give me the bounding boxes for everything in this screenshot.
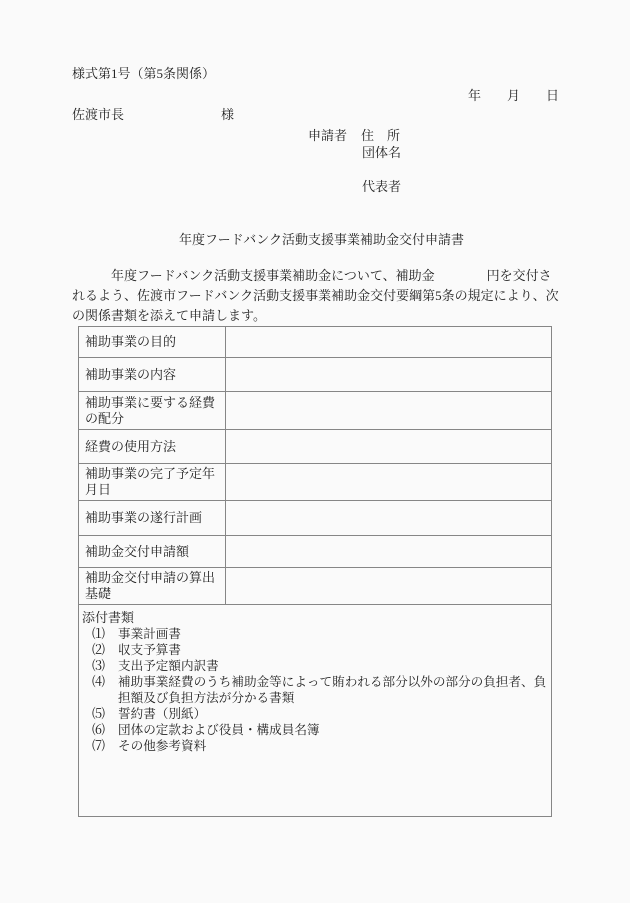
table-row: 補助事業の完了予定年月日 [79, 464, 552, 501]
row-label-requested-amount: 補助金交付申請額 [79, 536, 226, 568]
attachment-item-text: 誓約書（別紙） [118, 706, 547, 722]
attachment-item-number: ⑶ [92, 658, 118, 674]
table-row: 補助事業に要する経費の配分 [79, 392, 552, 430]
body-paragraph: 年度フードバンク活動支援事業補助金について、補助金 円を交付さ れるよう、佐渡市… [72, 266, 572, 326]
row-label-purpose: 補助事業の目的 [79, 327, 226, 358]
row-value-execution-plan [226, 501, 552, 536]
row-label-completion-date: 補助事業の完了予定年月日 [79, 464, 226, 501]
table-row: 補助金交付申請額 [79, 536, 552, 568]
attachment-item: ⑹ 団体の定款および役員・構成員名簿 [82, 722, 547, 738]
table-row: 補助事業の内容 [79, 358, 552, 392]
attachment-item-text: 支出予定額内訳書 [118, 658, 547, 674]
attachment-item: ⑺ その他参考資料 [82, 738, 547, 754]
addressee-name: 佐渡市長 [72, 107, 124, 122]
attachment-item: ⑵ 収支予算書 [82, 642, 547, 658]
attachments-header: 添付書類 [82, 610, 547, 626]
applicant-label-gap [347, 139, 361, 140]
attachment-item-number: ⑺ [92, 738, 118, 754]
attachments-cell: 添付書類 ⑴ 事業計画書 ⑵ 収支予算書 ⑶ 支出予定額内訳書 ⑷ 補助事業経費… [79, 605, 552, 817]
row-label-execution-plan: 補助事業の遂行計画 [79, 501, 226, 536]
document-title: 年度フードバンク活動支援事業補助金交付申請書 [0, 229, 630, 248]
applicant-rep-label: 代表者 [362, 176, 401, 195]
attachment-item-number: ⑹ [92, 722, 118, 738]
attachment-item-text: 収支予算書 [118, 642, 547, 658]
row-label-calculation-basis: 補助金交付申請の算出基礎 [79, 568, 226, 605]
row-label-expense-usage: 経費の使用方法 [79, 430, 226, 464]
applicant-address-label: 住 所 [361, 128, 400, 143]
body-line: れるよう、佐渡市フードバンク活動支援事業補助金交付要綱第5条の規定により、次 [72, 286, 572, 306]
attachment-item-number: ⑷ [92, 674, 118, 690]
row-label-content: 補助事業の内容 [79, 358, 226, 392]
row-value-content [226, 358, 552, 392]
applicant-org-label: 団体名 [362, 142, 401, 161]
application-table: 補助事業の目的 補助事業の内容 補助事業に要する経費の配分 経費の使用方法 補助… [78, 326, 552, 817]
attachment-item-text: 補助事業経費のうち補助金等によって賄われる部分以外の部分の負担者、負担額及び負担… [118, 674, 547, 706]
attachments-row: 添付書類 ⑴ 事業計画書 ⑵ 収支予算書 ⑶ 支出予定額内訳書 ⑷ 補助事業経費… [79, 605, 552, 817]
addressee-line: 佐渡市長様 [72, 104, 234, 123]
attachment-item-text: 事業計画書 [118, 626, 547, 642]
form-number-note: 様式第1号（第5条関係） [72, 63, 215, 82]
table-row: 補助事業の目的 [79, 327, 552, 358]
body-line: 年度フードバンク活動支援事業補助金について、補助金 円を交付さ [72, 266, 572, 286]
attachment-item-text: 団体の定款および役員・構成員名簿 [118, 722, 547, 738]
attachment-item: ⑷ 補助事業経費のうち補助金等によって賄われる部分以外の部分の負担者、負担額及び… [82, 674, 547, 706]
attachment-item-number: ⑴ [92, 626, 118, 642]
attachment-item-number: ⑸ [92, 706, 118, 722]
table-row: 補助事業の遂行計画 [79, 501, 552, 536]
attachment-item: ⑶ 支出予定額内訳書 [82, 658, 547, 674]
row-value-expense-allocation [226, 392, 552, 430]
row-label-expense-allocation: 補助事業に要する経費の配分 [79, 392, 226, 430]
table-row: 補助金交付申請の算出基礎 [79, 568, 552, 605]
row-value-expense-usage [226, 430, 552, 464]
attachment-item-text: その他参考資料 [118, 738, 547, 754]
table-row: 経費の使用方法 [79, 430, 552, 464]
date-field: 年 月 日 [468, 85, 559, 104]
application-form-page: 様式第1号（第5条関係） 年 月 日 佐渡市長様 申請者住 所 団体名 代表者 … [0, 0, 630, 903]
row-value-completion-date [226, 464, 552, 501]
body-line: の関係書類を添えて申請します。 [72, 306, 572, 326]
row-value-requested-amount [226, 536, 552, 568]
attachment-item: ⑸ 誓約書（別紙） [82, 706, 547, 722]
addressee-name-blank [124, 118, 221, 119]
applicant-label: 申請者 [308, 128, 347, 143]
row-value-purpose [226, 327, 552, 358]
addressee-honorific: 様 [221, 107, 234, 122]
attachment-item-number: ⑵ [92, 642, 118, 658]
row-value-calculation-basis [226, 568, 552, 605]
attachment-item: ⑴ 事業計画書 [82, 626, 547, 642]
